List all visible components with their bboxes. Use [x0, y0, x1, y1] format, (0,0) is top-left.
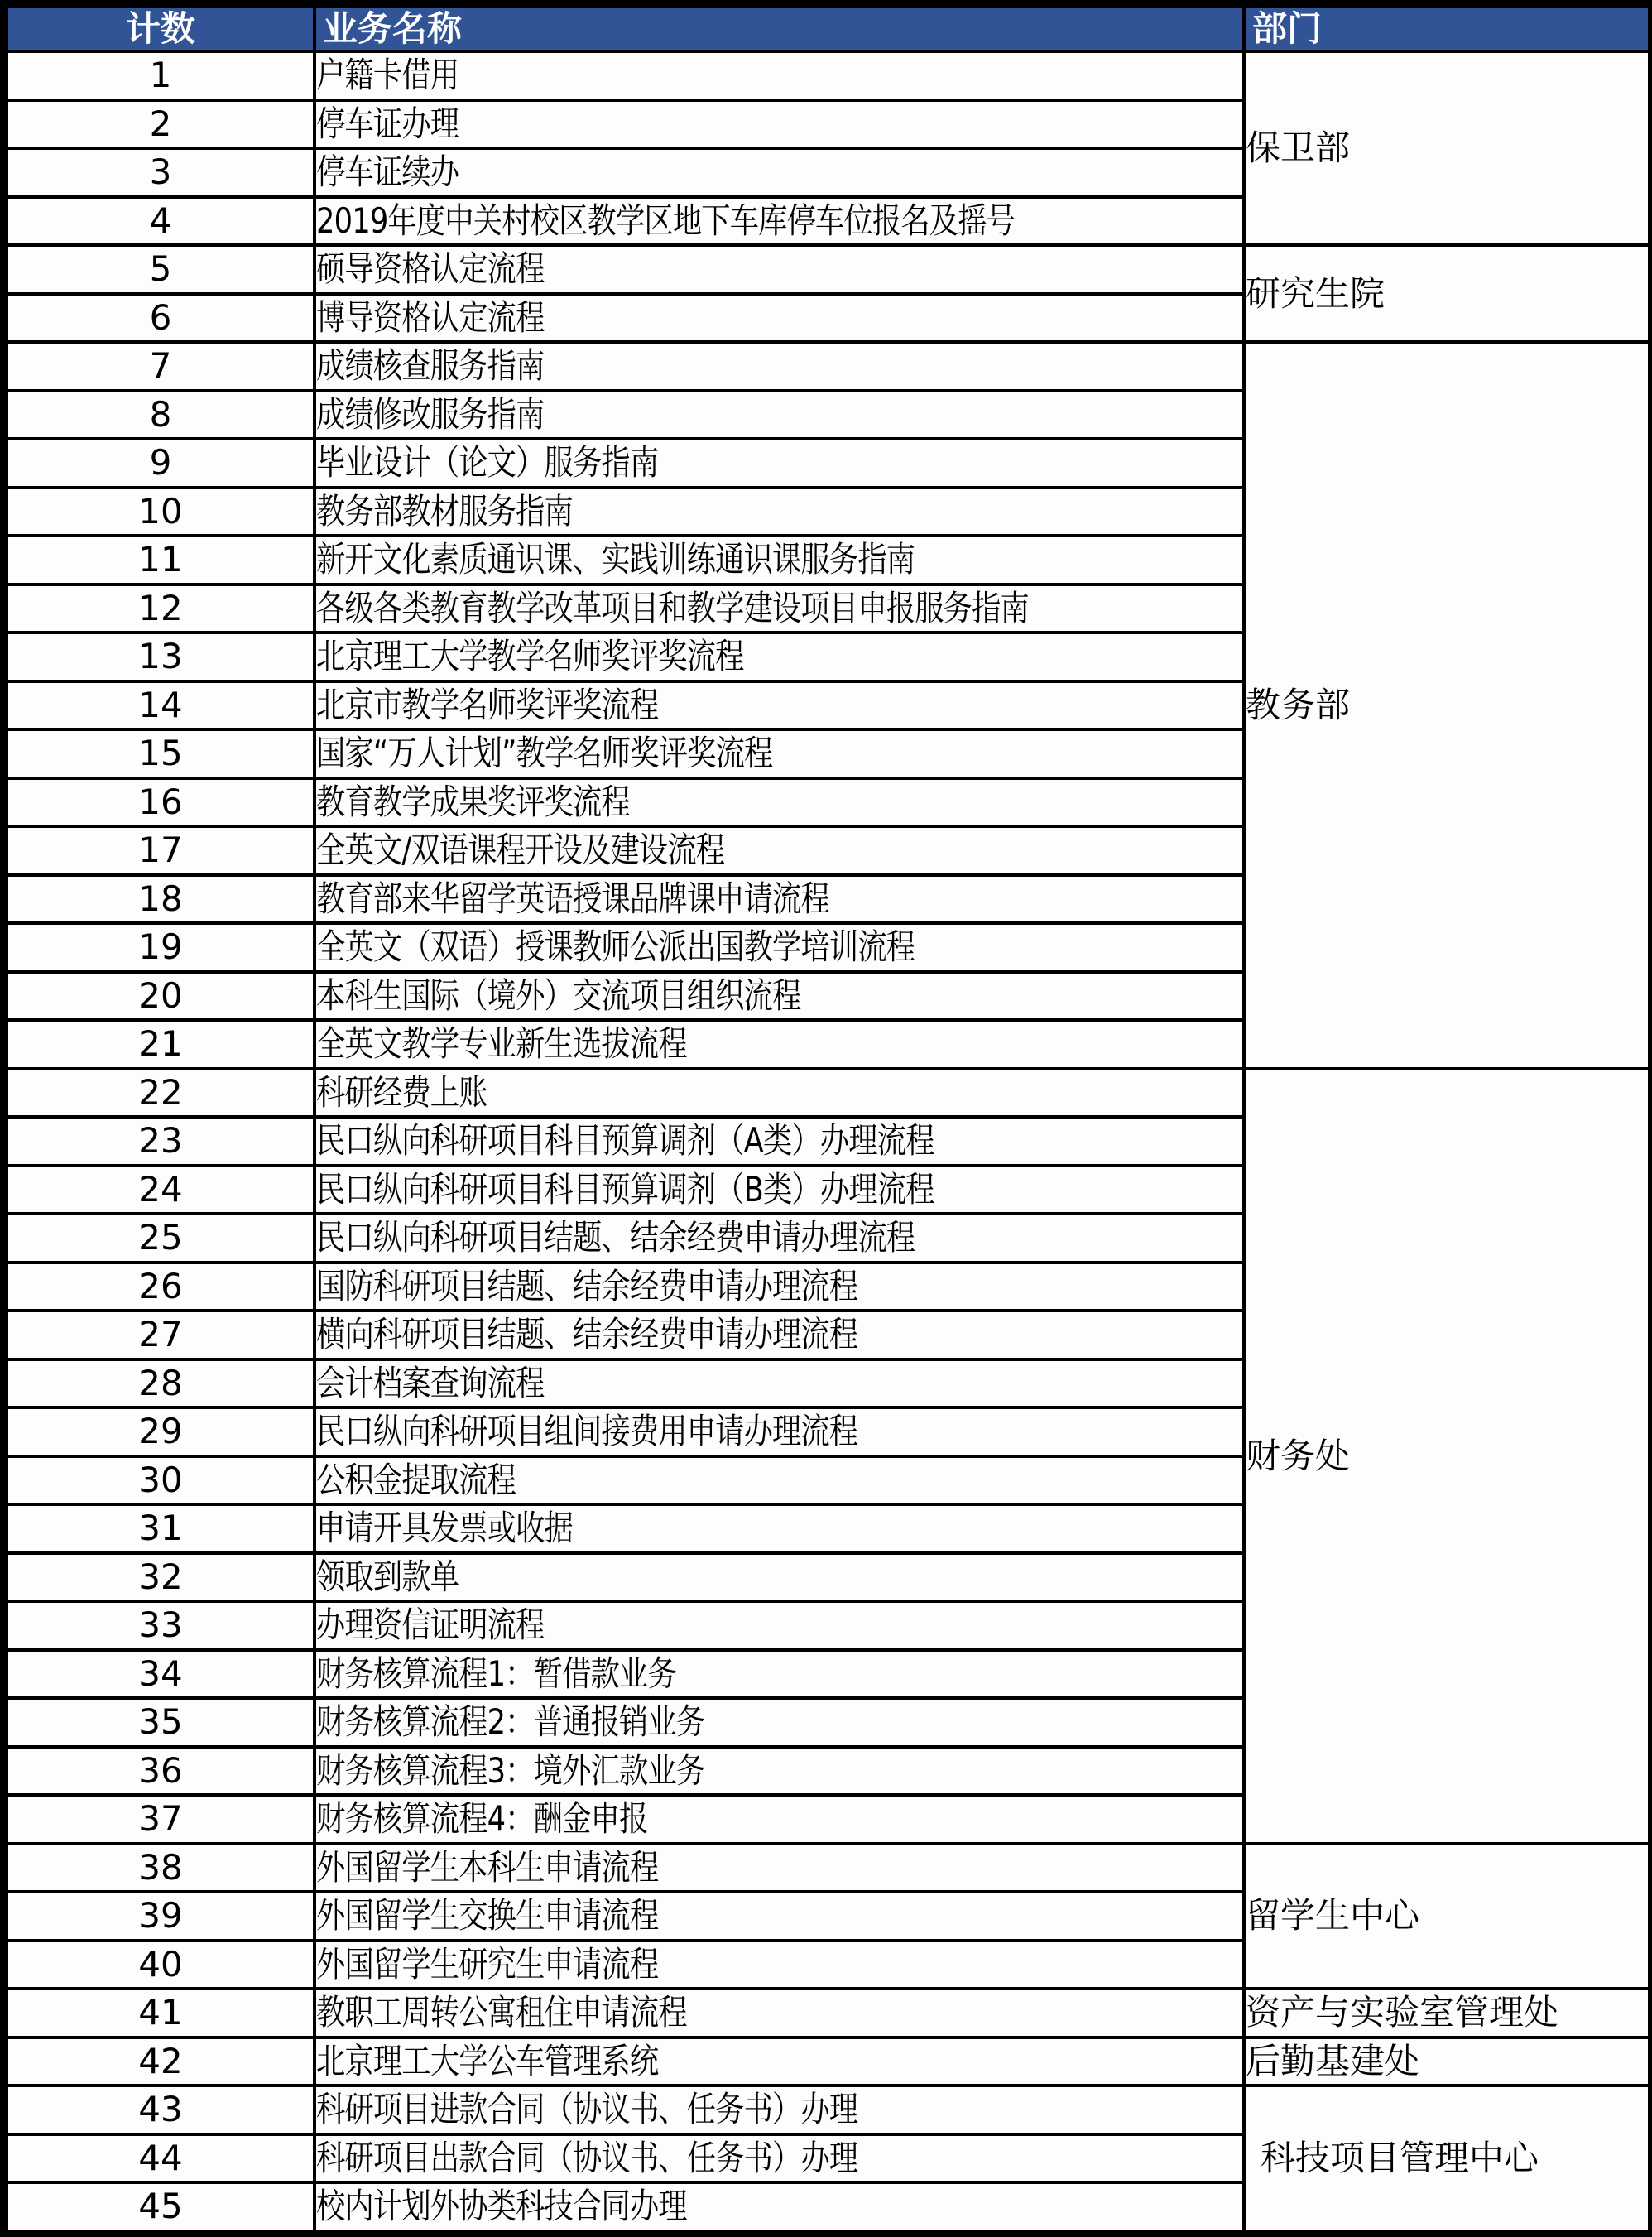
- cell-count[interactable]: 5: [7, 245, 315, 294]
- cell-count[interactable]: 1: [7, 51, 315, 100]
- cell-business-name[interactable]: 停车证办理: [315, 100, 1244, 149]
- cell-count[interactable]: 26: [7, 1263, 315, 1311]
- cell-business-name[interactable]: 全英文教学专业新生选拔流程: [315, 1020, 1244, 1069]
- business-name-text: 外国留学生交换生申请流程: [316, 1893, 658, 1938]
- cell-department[interactable]: 后勤基建处: [1244, 2037, 1650, 2086]
- cell-business-name[interactable]: 外国留学生本科生申请流程: [315, 1844, 1244, 1893]
- business-name-text: 北京市教学名师奖评奖流程: [316, 683, 658, 728]
- cell-count[interactable]: 36: [7, 1747, 315, 1796]
- cell-count[interactable]: 31: [7, 1504, 315, 1553]
- business-name-text: 公积金提取流程: [316, 1458, 516, 1503]
- table-row: 5硕导资格认定流程研究生院: [7, 245, 1650, 294]
- business-name-text: 民口纵向科研项目科目预算调剂（B类）办理流程: [316, 1167, 934, 1212]
- business-name-text: 全英文教学专业新生选拔流程: [316, 1022, 687, 1066]
- cell-business-name[interactable]: 全英文（双语）授课教师公派出国教学培训流程: [315, 923, 1244, 972]
- cell-count[interactable]: 19: [7, 923, 315, 972]
- business-name-text: 教育部来华留学英语授课品牌课申请流程: [316, 877, 829, 921]
- business-name-text: 成绩修改服务指南: [316, 392, 545, 437]
- business-name-text: 2019年度中关村校区教学区地下车库停车位报名及摇号: [316, 199, 1015, 243]
- cell-count[interactable]: 32: [7, 1553, 315, 1602]
- spreadsheet-canvas: 计数 业务名称 部门 1户籍卡借用保卫部2停车证办理3停车证续办42019年度中…: [0, 0, 1652, 2237]
- cell-count[interactable]: 13: [7, 633, 315, 681]
- cell-count[interactable]: 17: [7, 826, 315, 875]
- table-header: 计数 业务名称 部门: [7, 7, 1650, 51]
- table-body: 1户籍卡借用保卫部2停车证办理3停车证续办42019年度中关村校区教学区地下车库…: [7, 51, 1650, 2231]
- table-row: 7成绩核查服务指南教务部: [7, 342, 1650, 391]
- cell-business-name[interactable]: 办理资信证明流程: [315, 1601, 1244, 1650]
- cell-business-name[interactable]: 停车证续办: [315, 148, 1244, 197]
- cell-business-name[interactable]: 毕业设计（论文）服务指南: [315, 439, 1244, 488]
- business-name-text: 成绩核查服务指南: [316, 344, 545, 388]
- header-count[interactable]: 计数: [7, 7, 315, 51]
- table-row: 38外国留学生本科生申请流程留学生中心: [7, 1844, 1650, 1893]
- cell-business-name[interactable]: 教育部来华留学英语授课品牌课申请流程: [315, 875, 1244, 924]
- cell-business-name[interactable]: 财务核算流程3：境外汇款业务: [315, 1747, 1244, 1796]
- cell-count[interactable]: 21: [7, 1020, 315, 1069]
- cell-count[interactable]: 25: [7, 1214, 315, 1263]
- cell-department[interactable]: 保卫部: [1244, 51, 1650, 245]
- cell-department[interactable]: 资产与实验室管理处: [1244, 1989, 1650, 2037]
- cell-count[interactable]: 22: [7, 1069, 315, 1118]
- cell-department[interactable]: 教务部: [1244, 342, 1650, 1069]
- business-name-text: 科研项目进款合同（协议书、任务书）办理: [316, 2087, 857, 2132]
- cell-count[interactable]: 33: [7, 1601, 315, 1650]
- business-name-text: 财务核算流程4：酬金申报: [316, 1797, 647, 1841]
- business-name-text: 财务核算流程1：暂借款业务: [316, 1652, 676, 1696]
- business-name-text: 新开文化素质通识课、实践训练通识课服务指南: [316, 537, 915, 582]
- cell-count[interactable]: 3: [7, 148, 315, 197]
- cell-business-name[interactable]: 国家“万人计划”教学名师奖评奖流程: [315, 729, 1244, 778]
- business-name-text: 教务部教材服务指南: [316, 489, 573, 534]
- cell-count[interactable]: 44: [7, 2134, 315, 2183]
- cell-count[interactable]: 6: [7, 294, 315, 343]
- header-department[interactable]: 部门: [1244, 7, 1650, 51]
- business-name-text: 硕导资格认定流程: [316, 247, 545, 291]
- cell-business-name[interactable]: 领取到款单: [315, 1553, 1244, 1602]
- business-name-text: 国家“万人计划”教学名师奖评奖流程: [316, 731, 772, 776]
- cell-count[interactable]: 10: [7, 488, 315, 536]
- cell-business-name[interactable]: 户籍卡借用: [315, 51, 1244, 100]
- header-row: 计数 业务名称 部门: [7, 7, 1650, 51]
- business-name-text: 民口纵向科研项目科目预算调剂（A类）办理流程: [316, 1118, 934, 1163]
- business-name-text: 停车证办理: [316, 102, 459, 147]
- cell-count[interactable]: 40: [7, 1941, 315, 1989]
- business-name-text: 各级各类教育教学改革项目和教学建设项目申报服务指南: [316, 586, 1029, 631]
- cell-business-name[interactable]: 博导资格认定流程: [315, 294, 1244, 343]
- cell-business-name[interactable]: 北京理工大学公车管理系统: [315, 2037, 1244, 2086]
- cell-count[interactable]: 20: [7, 972, 315, 1021]
- cell-department[interactable]: 科技项目管理中心: [1244, 2085, 1650, 2231]
- cell-business-name[interactable]: 教务部教材服务指南: [315, 488, 1244, 536]
- cell-count[interactable]: 2: [7, 100, 315, 149]
- cell-count[interactable]: 27: [7, 1311, 315, 1359]
- cell-business-name[interactable]: 公积金提取流程: [315, 1456, 1244, 1505]
- business-name-text: 户籍卡借用: [316, 53, 459, 98]
- cell-department[interactable]: 留学生中心: [1244, 1844, 1650, 1989]
- cell-business-name[interactable]: 民口纵向科研项目科目预算调剂（B类）办理流程: [315, 1166, 1244, 1215]
- cell-business-name[interactable]: 校内计划外协类科技合同办理: [315, 2182, 1244, 2231]
- business-name-text: 科研经费上账: [316, 1070, 487, 1115]
- business-name-text: 办理资信证明流程: [316, 1603, 545, 1648]
- cell-department[interactable]: 财务处: [1244, 1069, 1650, 1844]
- business-name-text: 外国留学生本科生申请流程: [316, 1845, 658, 1890]
- cell-business-name[interactable]: 民口纵向科研项目科目预算调剂（A类）办理流程: [315, 1117, 1244, 1166]
- business-name-text: 科研项目出款合同（协议书、任务书）办理: [316, 2136, 857, 2181]
- cell-business-name[interactable]: 成绩核查服务指南: [315, 342, 1244, 391]
- business-name-text: 毕业设计（论文）服务指南: [316, 440, 658, 485]
- cell-business-name[interactable]: 2019年度中关村校区教学区地下车库停车位报名及摇号: [315, 197, 1244, 246]
- business-name-text: 民口纵向科研项目组间接费用申请办理流程: [316, 1409, 857, 1454]
- table-row: 22科研经费上账财务处: [7, 1069, 1650, 1118]
- cell-count[interactable]: 14: [7, 681, 315, 730]
- cell-business-name[interactable]: 财务核算流程4：酬金申报: [315, 1795, 1244, 1844]
- cell-business-name[interactable]: 北京市教学名师奖评奖流程: [315, 681, 1244, 730]
- cell-business-name[interactable]: 本科生国际（境外）交流项目组织流程: [315, 972, 1244, 1021]
- cell-count[interactable]: 43: [7, 2085, 315, 2134]
- cell-business-name[interactable]: 横向科研项目结题、结余经费申请办理流程: [315, 1311, 1244, 1359]
- cell-count[interactable]: 39: [7, 1892, 315, 1941]
- business-name-text: 外国留学生研究生申请流程: [316, 1942, 658, 1987]
- cell-business-name[interactable]: 全英文/双语课程开设及建设流程: [315, 826, 1244, 875]
- cell-count[interactable]: 37: [7, 1795, 315, 1844]
- cell-business-name[interactable]: 财务核算流程1：暂借款业务: [315, 1650, 1244, 1699]
- cell-count[interactable]: 29: [7, 1407, 315, 1456]
- table-row: 42北京理工大学公车管理系统后勤基建处: [7, 2037, 1650, 2086]
- cell-business-name[interactable]: 会计档案查询流程: [315, 1359, 1244, 1408]
- business-name-text: 全英文（双语）授课教师公派出国教学培训流程: [316, 925, 915, 969]
- business-name-text: 民口纵向科研项目结题、结余经费申请办理流程: [316, 1215, 915, 1260]
- cell-count[interactable]: 23: [7, 1117, 315, 1166]
- business-name-text: 财务核算流程2：普通报销业务: [316, 1700, 704, 1744]
- cell-business-name[interactable]: 教育教学成果奖评奖流程: [315, 778, 1244, 827]
- business-name-text: 教育教学成果奖评奖流程: [316, 780, 630, 825]
- cell-business-name[interactable]: 外国留学生交换生申请流程: [315, 1892, 1244, 1941]
- cell-department[interactable]: 研究生院: [1244, 245, 1650, 342]
- business-name-text: 北京理工大学教学名师奖评奖流程: [316, 634, 744, 679]
- business-name-text: 博导资格认定流程: [316, 296, 545, 340]
- cell-business-name[interactable]: 科研项目出款合同（协议书、任务书）办理: [315, 2134, 1244, 2183]
- cell-count[interactable]: 41: [7, 1989, 315, 2037]
- cell-count[interactable]: 8: [7, 391, 315, 440]
- cell-business-name[interactable]: 新开文化素质通识课、实践训练通识课服务指南: [315, 536, 1244, 585]
- cell-count[interactable]: 30: [7, 1456, 315, 1505]
- business-name-text: 横向科研项目结题、结余经费申请办理流程: [316, 1312, 857, 1357]
- business-name-text: 本科生国际（境外）交流项目组织流程: [316, 974, 800, 1018]
- business-name-text: 会计档案查询流程: [316, 1361, 545, 1406]
- business-name-text: 全英文/双语课程开设及建设流程: [316, 828, 724, 873]
- cell-count[interactable]: 42: [7, 2037, 315, 2086]
- cell-count[interactable]: 38: [7, 1844, 315, 1893]
- cell-business-name[interactable]: 北京理工大学教学名师奖评奖流程: [315, 633, 1244, 681]
- business-name-text: 财务核算流程3：境外汇款业务: [316, 1749, 704, 1793]
- table-row: 43科研项目进款合同（协议书、任务书）办理科技项目管理中心: [7, 2085, 1650, 2134]
- business-table: 计数 业务名称 部门 1户籍卡借用保卫部2停车证办理3停车证续办42019年度中…: [5, 5, 1651, 2233]
- cell-count[interactable]: 35: [7, 1698, 315, 1747]
- business-name-text: 停车证续办: [316, 150, 459, 195]
- cell-count[interactable]: 12: [7, 585, 315, 633]
- cell-count[interactable]: 28: [7, 1359, 315, 1408]
- cell-business-name[interactable]: 国防科研项目结题、结余经费申请办理流程: [315, 1263, 1244, 1311]
- business-name-text: 国防科研项目结题、结余经费申请办理流程: [316, 1264, 857, 1309]
- cell-count[interactable]: 9: [7, 439, 315, 488]
- cell-count[interactable]: 15: [7, 729, 315, 778]
- cell-business-name[interactable]: 申请开具发票或收据: [315, 1504, 1244, 1553]
- cell-count[interactable]: 7: [7, 342, 315, 391]
- business-name-text: 校内计划外协类科技合同办理: [316, 2184, 687, 2229]
- table-row: 1户籍卡借用保卫部: [7, 51, 1650, 100]
- cell-business-name[interactable]: 各级各类教育教学改革项目和教学建设项目申报服务指南: [315, 585, 1244, 633]
- cell-count[interactable]: 24: [7, 1166, 315, 1215]
- cell-business-name[interactable]: 财务核算流程2：普通报销业务: [315, 1698, 1244, 1747]
- cell-business-name[interactable]: 硕导资格认定流程: [315, 245, 1244, 294]
- business-name-text: 教职工周转公寓租住申请流程: [316, 1990, 687, 2035]
- cell-business-name[interactable]: 成绩修改服务指南: [315, 391, 1244, 440]
- cell-count[interactable]: 11: [7, 536, 315, 585]
- cell-count[interactable]: 16: [7, 778, 315, 827]
- cell-count[interactable]: 45: [7, 2182, 315, 2231]
- cell-business-name[interactable]: 民口纵向科研项目结题、结余经费申请办理流程: [315, 1214, 1244, 1263]
- cell-business-name[interactable]: 民口纵向科研项目组间接费用申请办理流程: [315, 1407, 1244, 1456]
- business-name-text: 申请开具发票或收据: [316, 1506, 573, 1551]
- cell-business-name[interactable]: 教职工周转公寓租住申请流程: [315, 1989, 1244, 2037]
- cell-count[interactable]: 4: [7, 197, 315, 246]
- cell-business-name[interactable]: 科研项目进款合同（协议书、任务书）办理: [315, 2085, 1244, 2134]
- table-row: 41教职工周转公寓租住申请流程资产与实验室管理处: [7, 1989, 1650, 2037]
- cell-count[interactable]: 34: [7, 1650, 315, 1699]
- cell-business-name[interactable]: 外国留学生研究生申请流程: [315, 1941, 1244, 1989]
- cell-business-name[interactable]: 科研经费上账: [315, 1069, 1244, 1118]
- business-name-text: 领取到款单: [316, 1555, 459, 1600]
- header-name[interactable]: 业务名称: [315, 7, 1244, 51]
- business-name-text: 北京理工大学公车管理系统: [316, 2039, 658, 2084]
- cell-count[interactable]: 18: [7, 875, 315, 924]
